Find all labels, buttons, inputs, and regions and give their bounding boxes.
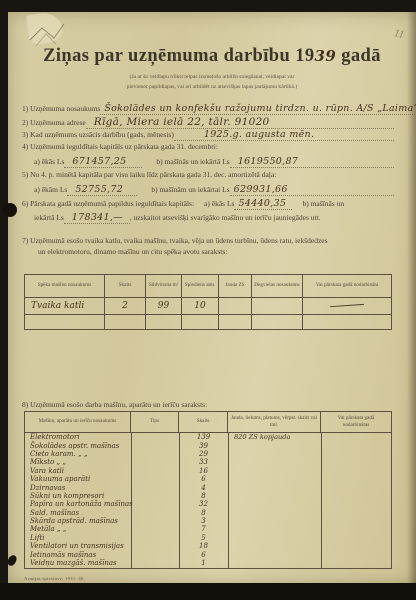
power-header-name: Spēka mašīnu nosaukums xyxy=(25,275,105,298)
table-row: Papīra un kartonāža mašīnas32 xyxy=(25,500,391,508)
machines-header-name: Mašīnu, aparātu un ierīču nosaukums xyxy=(25,412,131,433)
field-address: 2) Uzņēmuma adrese Rīgā, Miera ielā 22, … xyxy=(22,116,394,129)
additional-capital-tail: , uzskaitot atsevišķi svarīgāko mašīnu u… xyxy=(130,213,321,222)
machine-name: Šokolādes apstr. mašīnas xyxy=(25,442,131,450)
power-list-heading-line2: un elektromotoru, dinamo mašīnu un citu … xyxy=(38,247,410,256)
machine-name: Mīksto „ „ xyxy=(25,458,131,466)
field-company-name-value: Šokolādes un konfekšu ražojumu tirdzn. u… xyxy=(100,103,416,114)
subtitle-line1: (Ja ar šo veidlapu trūkst telpas izsmeļo… xyxy=(72,73,352,83)
field-start-date-label: 3) Kad uzņēmums uzsācis darbību (gads, m… xyxy=(22,130,174,139)
power-header-fuel: Degvielas nosaukums xyxy=(252,275,303,298)
machine-count: 139 xyxy=(179,433,228,441)
additional-a-line: 54440,35 xyxy=(234,198,292,210)
work-machines-table: Mašīnu, aparātu un ierīču nosaukums Tips… xyxy=(24,411,392,569)
power-table-row: Tvaika katli 2 99 10 xyxy=(25,298,391,315)
field-capital-values: a) ēkās Ls 671457,25 b) mašīnās un iekār… xyxy=(34,156,394,168)
machines-header-type: Tips xyxy=(131,412,179,433)
field-company-name: 1) Uzņēmuma nosaukums Šokolādes un konfe… xyxy=(22,103,394,115)
field-address-value: Rīgā, Miera ielā 22, tālr. 91020 xyxy=(86,116,270,128)
scanned-form: 11 Ziņas par uzņēmuma darbību 1939 gadā … xyxy=(0,0,416,600)
machines-table-header-row: Mašīnu, aparātu un ierīču nosaukums Tips… xyxy=(25,412,391,433)
amort-b-value: 629931,66 xyxy=(230,184,288,195)
paper-sheet: 11 Ziņas par uzņēmuma darbību 1939 gadā … xyxy=(8,12,416,585)
machine-count: 39 xyxy=(179,442,228,450)
table-row: Ventilatori un transmisijas18 xyxy=(25,542,391,550)
field-additional-capital-line2: iekārtā Ls 178341,— , uzskaitot atsevišķ… xyxy=(34,212,394,224)
machine-count: 4 xyxy=(179,484,228,492)
scan-bottom-edge xyxy=(0,583,416,600)
machine-count: 16 xyxy=(179,467,228,475)
power-table-empty-row xyxy=(25,315,391,329)
machine-count: 7 xyxy=(179,525,228,533)
table-row: Sūkņi un kompresori8 xyxy=(25,492,391,500)
machine-count: 32 xyxy=(179,500,228,508)
field-address-label: 2) Uzņēmuma adrese xyxy=(22,118,86,127)
machines-header-count: Skaits xyxy=(179,412,228,433)
machine-name: Metāla „ „ xyxy=(25,525,131,533)
power-table-header-row: Spēka mašīnu nosaukums Skaits Sildvirsma… xyxy=(25,275,391,298)
capital-b-value: 1619550,87 xyxy=(230,156,298,167)
table-row: Cieto karam. „ „29 xyxy=(25,450,391,458)
handwritten-dash xyxy=(330,304,364,308)
machine-count: 6 xyxy=(179,475,228,483)
form-subtitle: (Ja ar šo veidlapu trūkst telpas izsmeļo… xyxy=(72,73,352,92)
machine-name: Veidņu mazgāš. mašīnas xyxy=(25,559,131,567)
capital-a-value: 671457,25 xyxy=(64,156,126,167)
additional-b-line: 178341,— xyxy=(64,212,130,224)
amort-a-line: 52755,72 xyxy=(67,184,137,196)
power-list-heading-line1: 7) Uzņēmumā esošo tvaika katlu, tvaika m… xyxy=(22,236,394,245)
machine-count: 3 xyxy=(179,517,228,525)
field-start-date: 3) Kad uzņēmums uzsācis darbību (gads, m… xyxy=(22,129,394,141)
field-amortization-heading-label: 5) No 4. p. minētā kapitāla par visu lai… xyxy=(22,170,276,179)
machine-name: Cieto karam. „ „ xyxy=(25,450,131,458)
machine-name: Skārda apstrād. mašīnas xyxy=(25,517,131,525)
machine-count: 33 xyxy=(179,458,228,466)
machines-table-body: Elektromotori139820 ZS kopjauda Šokolāde… xyxy=(25,433,391,568)
hole-punch xyxy=(3,203,17,217)
additional-b-label1: b) mašīnās un xyxy=(302,199,344,208)
power-row-surface: 99 xyxy=(158,301,169,311)
machine-count: 5 xyxy=(179,534,228,542)
power-row-count: 2 xyxy=(122,301,128,311)
machine-count: 18 xyxy=(179,542,228,550)
machine-name: Lifti xyxy=(25,534,131,542)
handwritten-year: 39 xyxy=(315,47,337,65)
table-row: Metāla „ „7 xyxy=(25,525,391,533)
table-row: Dzirnavas4 xyxy=(25,483,391,491)
table-row: Ietinamās mašīnas6 xyxy=(25,550,391,558)
subtitle-line2: pievienot papildlapas, vai arī atbildēt … xyxy=(72,83,352,93)
machine-name: Sūkņi un kompresori xyxy=(25,492,131,500)
power-row-pressure: 10 xyxy=(194,301,205,311)
field-amortization-heading: 5) No 4. p. minētā kapitāla par visu lai… xyxy=(22,170,394,179)
machines-header-active: Vai pārskata gadā nodarbinātas xyxy=(321,412,391,433)
power-row-name: Tvaika katli xyxy=(31,301,84,311)
amort-a-label: a) ēkām Ls xyxy=(34,185,67,194)
amort-a-value: 52755,72 xyxy=(67,184,123,195)
page-number-mark: 11 xyxy=(393,27,405,41)
paper-edge-shade xyxy=(407,12,416,585)
machine-name: Ventilatori un transmisijas xyxy=(25,542,131,550)
additional-capital-label: 6) Pārskata gadā uzņēmumā papildus iegul… xyxy=(22,199,194,208)
additional-b-value: 178341,— xyxy=(64,212,123,223)
form-title-suffix: gadā xyxy=(336,46,381,67)
field-amortization-values: a) ēkām Ls 52755,72 b) mašīnām un iekārt… xyxy=(34,184,394,196)
field-capital-heading-label: 4) Uzņēmumā ieguldītais kapitāls uz pārs… xyxy=(22,142,218,151)
table-row: Lifti5 xyxy=(25,534,391,542)
field-company-name-label: 1) Uzņēmuma nosaukums xyxy=(22,104,100,113)
machine-power: 820 ZS kopjauda xyxy=(228,433,321,441)
form-title-prefix: Ziņas par uzņēmuma darbību 19 xyxy=(43,46,314,67)
capital-a-label: a) ēkās Ls xyxy=(34,157,64,166)
field-start-date-line: 1925.g. augusta mēn. xyxy=(174,129,394,141)
machine-name: Papīra un kartonāža mašīnas xyxy=(25,500,131,508)
table-row: Elektromotori139820 ZS kopjauda xyxy=(25,433,391,441)
field-address-line: Rīgā, Miera ielā 22, tālr. 91020 xyxy=(86,116,394,129)
power-header-pressure: Spiediens atm. xyxy=(182,275,219,298)
machine-count: 1 xyxy=(179,559,228,567)
power-machines-table: Spēka mašīnu nosaukums Skaits Sildvirsma… xyxy=(24,274,392,330)
additional-a-label: a) ēkās Ls xyxy=(204,199,234,208)
printer-imprint: Armijas spiestuve, 1931. 40. xyxy=(24,576,85,581)
table-row: Mīksto „ „33 xyxy=(25,458,391,466)
capital-b-label: b) mašīnās un iekārtā Ls xyxy=(156,157,229,166)
machine-name: Elektromotori xyxy=(25,433,131,441)
form-title: Ziņas par uzņēmuma darbību 1939 gadā xyxy=(8,46,416,67)
machine-count: 8 xyxy=(179,509,228,517)
power-header-active: Vai pārskata gadā nodarbināta xyxy=(303,275,391,298)
machines-header-power: Jauda, lielums, platums, vērpst. skaits … xyxy=(228,412,321,433)
table-row: Vakuuma aparāti6 xyxy=(25,475,391,483)
power-header-surface: Sildvirsma m² xyxy=(146,275,182,298)
capital-a-line: 671457,25 xyxy=(64,156,142,168)
machine-name: Sald. mašīnas xyxy=(25,509,131,517)
field-capital-heading: 4) Uzņēmumā ieguldītais kapitāls uz pārs… xyxy=(22,142,394,151)
field-start-date-value: 1925.g. augusta mēn. xyxy=(174,129,314,140)
amort-b-label: b) mašīnām un iekārtai Ls xyxy=(151,185,229,194)
power-header-count: Skaits xyxy=(105,275,146,298)
work-machines-heading-text: 8) Uzņēmumā esošo darba mašīnu, aparātu … xyxy=(22,400,207,409)
machine-name: Ietinamās mašīnas xyxy=(25,551,131,559)
power-list-heading-line2-text: un elektromotoru, dinamo mašīnu un citu … xyxy=(38,247,227,256)
power-list-heading-line1-text: 7) Uzņēmumā esošo tvaika katlu, tvaika m… xyxy=(22,236,328,245)
table-row: Veidņu mazgāš. mašīnas1 xyxy=(25,559,391,567)
capital-b-line: 1619550,87 xyxy=(230,156,394,168)
amort-b-line: 629931,66 xyxy=(230,184,394,196)
table-row: Skārda apstrād. mašīnas3 xyxy=(25,517,391,525)
table-row: Šokolādes apstr. mašīnas39 xyxy=(25,441,391,449)
power-header-power: Jauda ZS xyxy=(219,275,252,298)
additional-b-label2: iekārtā Ls xyxy=(34,213,64,222)
machine-count: 6 xyxy=(179,551,228,559)
machine-count: 29 xyxy=(179,450,228,458)
table-row: Sald. mašīnas8 xyxy=(25,509,391,517)
machine-name: Dzirnavas xyxy=(25,484,131,492)
machine-name: Vakuuma aparāti xyxy=(25,475,131,483)
field-company-name-line: Šokolādes un konfekšu ražojumu tirdzn. u… xyxy=(100,103,416,115)
work-machines-heading: 8) Uzņēmumā esošo darba mašīnu, aparātu … xyxy=(22,400,394,409)
machine-name: Vara katli xyxy=(25,467,131,475)
machine-count: 8 xyxy=(179,492,228,500)
field-additional-capital-line1: 6) Pārskata gadā uzņēmumā papildus iegul… xyxy=(22,198,394,210)
additional-a-value: 54440,35 xyxy=(234,198,286,209)
table-row: Vara katli16 xyxy=(25,467,391,475)
